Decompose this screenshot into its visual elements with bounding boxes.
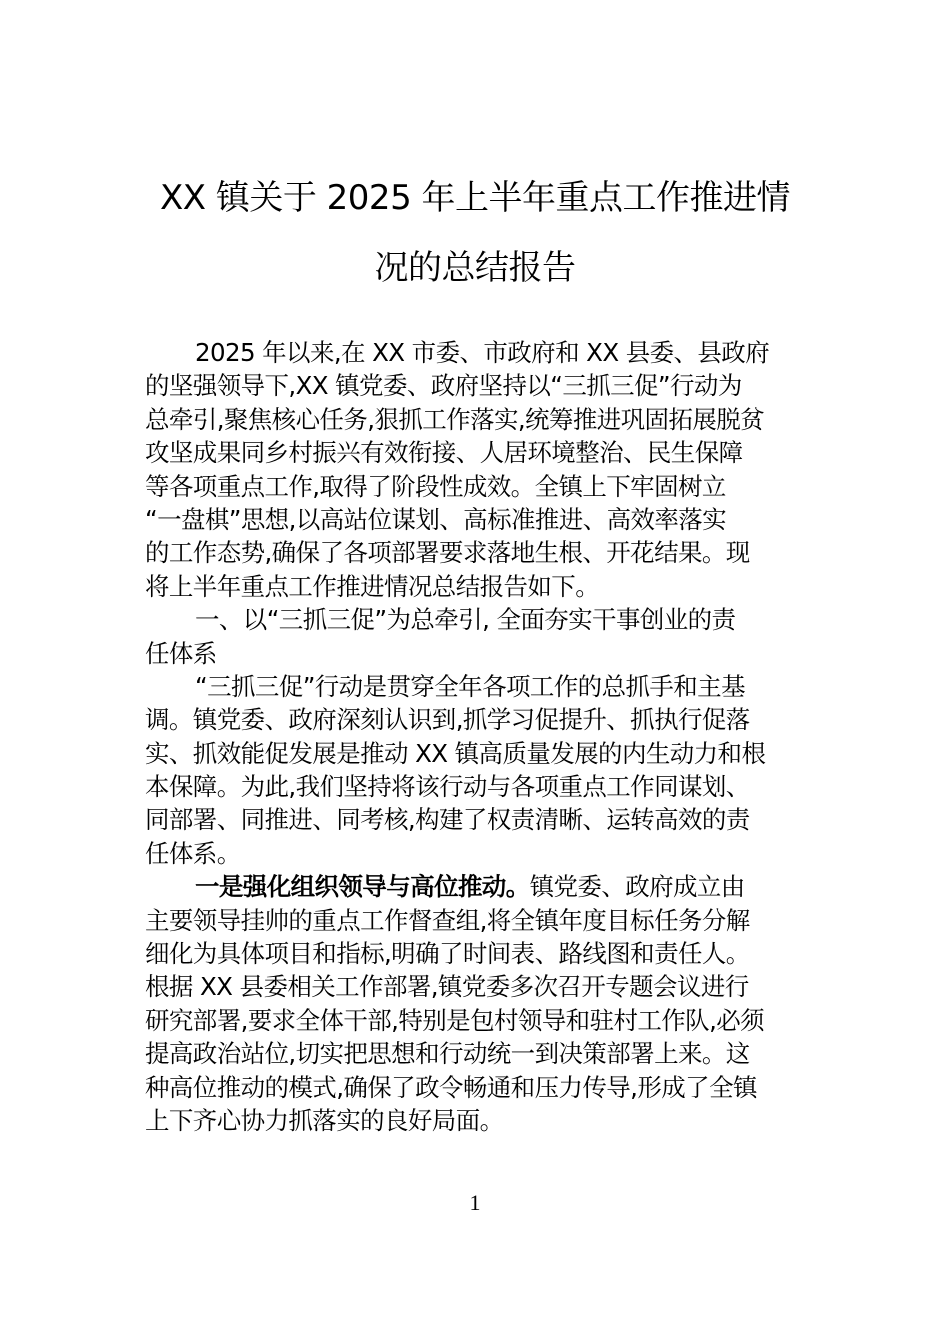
- title-line: 况的总结报告: [0, 233, 950, 303]
- text-line: 任体系: [145, 637, 810, 670]
- text-line: “三抓三促”行动是贯穿全年各项工作的总抓手和主基: [145, 670, 810, 703]
- text-line: 主要领导挂帅的重点工作督查组,将全镇年度目标任务分解: [145, 904, 810, 937]
- document-title: XX 镇关于 2025 年上半年重点工作推进情 况的总结报告: [0, 163, 950, 303]
- text-line: 调。镇党委、政府深刻认识到,抓学习促提升、抓执行促落: [145, 703, 810, 736]
- text-line: 任体系。: [145, 837, 810, 870]
- text-line: 总牵引,聚焦核心任务,狠抓工作落实,统筹推进巩固拓展脱贫: [145, 403, 810, 436]
- body-paragraph: “三抓三促”行动是贯穿全年各项工作的总抓手和主基 调。镇党委、政府深刻认识到,抓…: [145, 670, 810, 870]
- title-line: XX 镇关于 2025 年上半年重点工作推进情: [0, 163, 950, 233]
- text-line: 同部署、同推进、同考核,构建了权责清晰、运转高效的责: [145, 803, 810, 836]
- text-line: 细化为具体项目和指标,明确了时间表、路线图和责任人。: [145, 937, 810, 970]
- document-page: XX 镇关于 2025 年上半年重点工作推进情 况的总结报告 2025 年以来,…: [0, 0, 950, 1344]
- text-line: 研究部署,要求全体干部,特别是包村领导和驻村工作队,必须: [145, 1004, 810, 1037]
- text-line: 实、抓效能促发展是推动 XX 镇高质量发展的内生动力和根: [145, 737, 810, 770]
- text-line: 根据 XX 县委相关工作部署,镇党委多次召开专题会议进行: [145, 970, 810, 1003]
- bold-lead-text: 一是强化组织领导与高位推动。: [195, 872, 530, 901]
- text-line: 等各项重点工作,取得了阶段性成效。全镇上下牢固树立: [145, 470, 810, 503]
- page-number: 1: [0, 1190, 950, 1216]
- text-line: 本保障。为此,我们坚持将该行动与各项重点工作同谋划、: [145, 770, 810, 803]
- text-line: “一盘棋”思想,以高站位谋划、高标准推进、高效率落实: [145, 503, 810, 536]
- text-line: 的工作态势,确保了各项部署要求落地生根、开花结果。现: [145, 536, 810, 569]
- document-body: 2025 年以来,在 XX 市委、市政府和 XX 县委、县政府 的坚强领导下,X…: [145, 336, 810, 1137]
- text-line: 一、以“三抓三促”为总牵引, 全面夯实干事创业的责: [145, 603, 810, 636]
- text-line: 将上半年重点工作推进情况总结报告如下。: [145, 570, 810, 603]
- lead-rest-text: 镇党委、政府成立由: [530, 872, 745, 901]
- text-line: 攻坚成果同乡村振兴有效衔接、人居环境整治、民生保障: [145, 436, 810, 469]
- text-line: 种高位推动的模式,确保了政令畅通和压力传导,形成了全镇: [145, 1071, 810, 1104]
- text-line: 一是强化组织领导与高位推动。镇党委、政府成立由: [145, 870, 810, 903]
- section-heading: 一、以“三抓三促”为总牵引, 全面夯实干事创业的责 任体系: [145, 603, 810, 670]
- text-line: 的坚强领导下,XX 镇党委、政府坚持以“三抓三促”行动为: [145, 369, 810, 402]
- text-line: 2025 年以来,在 XX 市委、市政府和 XX 县委、县政府: [145, 336, 810, 369]
- body-paragraph: 一是强化组织领导与高位推动。镇党委、政府成立由 主要领导挂帅的重点工作督查组,将…: [145, 870, 810, 1137]
- intro-paragraph: 2025 年以来,在 XX 市委、市政府和 XX 县委、县政府 的坚强领导下,X…: [145, 336, 810, 603]
- text-line: 上下齐心协力抓落实的良好局面。: [145, 1104, 810, 1137]
- text-line: 提高政治站位,切实把思想和行动统一到决策部署上来。这: [145, 1037, 810, 1070]
